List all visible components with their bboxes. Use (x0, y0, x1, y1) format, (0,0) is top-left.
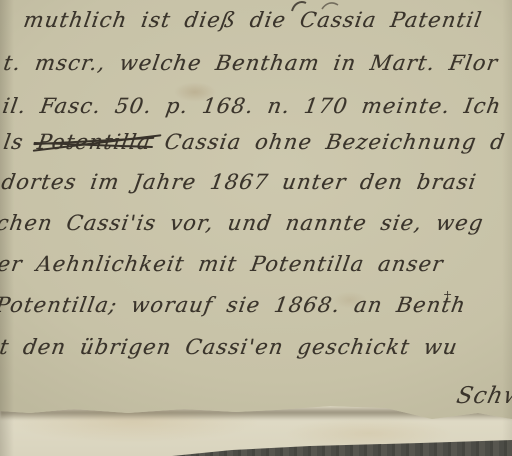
handwriting-line-4: ls Potentilla Cassia ohne Bezeichnung d (2, 132, 507, 153)
handwriting-line-7: er Aehnlichkeit mit Potentilla anser (0, 254, 445, 275)
handwriting-line-5: dortes im Jahre 1867 unter den brasi (0, 172, 478, 193)
photo-of-handwritten-note: muthlich ist dieß die Cassia Patentil t.… (0, 0, 512, 456)
handwriting-line-8: Potentilla; worauf sie 1868. an Benth (0, 295, 468, 316)
handwriting-line-9: t den übrigen Cassi'en geschickt wu (0, 337, 459, 358)
handwriting-line-1: muthlich ist dieß die Cassia Patentil (22, 10, 484, 31)
line-4-suffix: Cassia ohne Bezeichnung d (149, 130, 507, 154)
signature: Schw (454, 383, 512, 409)
handwriting-line-3: il. Fasc. 50. p. 168. n. 170 meinte. Ich… (1, 96, 512, 117)
insertion-caret-mark: + (443, 288, 452, 301)
struck-word-potentilla: Potentilla (36, 132, 153, 153)
handwritten-note-paper: muthlich ist dieß die Cassia Patentil t.… (0, 0, 512, 424)
handwriting-line-6: chen Cassi'is vor, und nannte sie, weg (0, 213, 485, 234)
handwriting-line-2: t. mscr., welche Bentham in Mart. Flor (2, 53, 500, 74)
